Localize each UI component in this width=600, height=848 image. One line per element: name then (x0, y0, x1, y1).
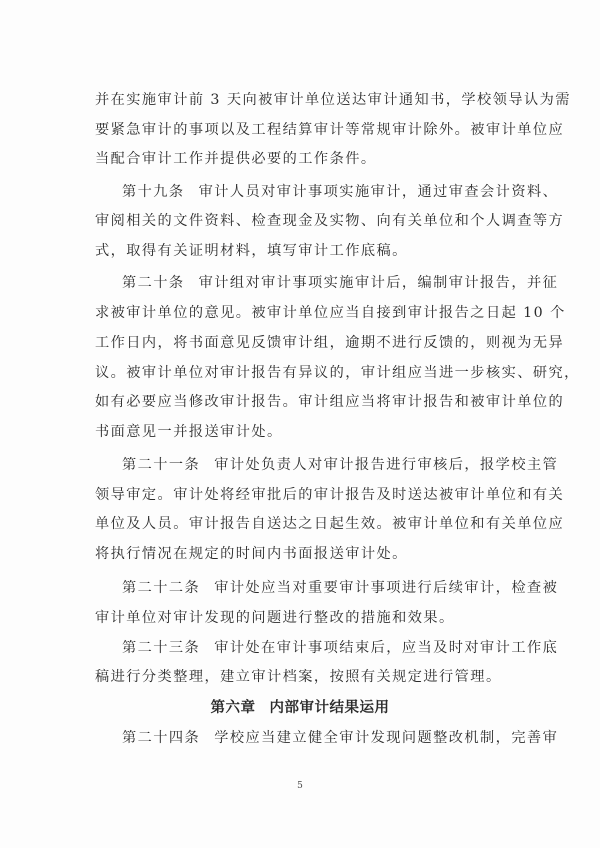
article-text: 审计组对审计事项实施审计后，编制审计报告，并征 (199, 275, 559, 291)
text-line: 求被审计单位的意见。被审计单位应当自接到审计报告之日起 10 个 (95, 304, 515, 322)
chapter-title: 内部审计结果运用 (270, 699, 390, 716)
text-line: 要紧急审计的事项以及工程结算审计等常规审计除外。被审计单位应 (95, 121, 515, 139)
article-number: 第二十三条 (122, 640, 200, 656)
page-number: 5 (0, 781, 600, 791)
article-text: 学校应当建立健全审计发现问题整改机制，完善审 (214, 730, 558, 746)
chapter-number: 第六章 (211, 699, 256, 716)
text-line: 当配合审计工作并提供必要的工作条件。 (95, 150, 515, 168)
document-page: 并在实施审计前 3 天向被审计单位送达审计通知书，学校领导认为需 要紧急审计的事… (0, 0, 600, 848)
article-23-first-line: 第二十三条审计处在审计事项结束后，应当及时对审计工作底 (122, 639, 542, 657)
text-line: 如有必要应当修改审计报告。审计组应当将审计报告和被审计单位的 (95, 393, 515, 411)
article-number: 第十九条 (122, 184, 185, 200)
text-line: 书面意见一并报送审计处。 (95, 423, 515, 441)
article-number: 第二十四条 (122, 730, 200, 746)
text-line: 工作日内，将书面意见反馈审计组，逾期不进行反馈的，则视为无异 (95, 334, 515, 352)
text-line: 稿进行分类整理，建立审计档案，按照有关规定进行管理。 (95, 668, 515, 686)
article-number: 第二十一条 (122, 457, 200, 473)
text-line: 式，取得有关证明材料，填写审计工作底稿。 (95, 242, 515, 260)
article-text: 审计人员对审计事项实施审计，通过审查会计资料、 (199, 184, 559, 200)
article-number: 第二十二条 (122, 580, 200, 596)
text-line: 审阅相关的文件资料、检查现金及实物、向有关单位和个人调查等方 (95, 212, 515, 230)
article-20-first-line: 第二十条审计组对审计事项实施审计后，编制审计报告，并征 (122, 274, 542, 292)
article-19-first-line: 第十九条审计人员对审计事项实施审计，通过审查会计资料、 (122, 183, 542, 201)
article-22-first-line: 第二十二条审计处应当对重要审计事项进行后续审计，检查被 (122, 579, 542, 597)
chapter-heading: 第六章内部审计结果运用 (0, 699, 600, 717)
article-text: 审计处负责人对审计报告进行审核后，报学校主管 (214, 457, 558, 473)
text-line: 将执行情况在规定的时间内书面报送审计处。 (95, 545, 515, 563)
article-number: 第二十条 (122, 275, 185, 291)
text-line: 领导审定。审计处将经审批后的审计报告及时送达被审计单位和有关 (95, 486, 515, 504)
article-text: 审计处在审计事项结束后，应当及时对审计工作底 (214, 640, 558, 656)
text-line: 单位及人员。审计报告自送达之日起生效。被审计单位和有关单位应 (95, 515, 515, 533)
text-line: 议。被审计单位对审计报告有异议的，审计组应当进一步核实、研究， (95, 364, 515, 382)
article-21-first-line: 第二十一条审计处负责人对审计报告进行审核后，报学校主管 (122, 456, 542, 474)
text-line: 审计单位对审计发现的问题进行整改的措施和效果。 (95, 609, 515, 627)
article-24-first-line: 第二十四条学校应当建立健全审计发现问题整改机制，完善审 (122, 729, 542, 747)
article-text: 审计处应当对重要审计事项进行后续审计，检查被 (214, 580, 558, 596)
text-line: 并在实施审计前 3 天向被审计单位送达审计通知书，学校领导认为需 (95, 91, 515, 109)
